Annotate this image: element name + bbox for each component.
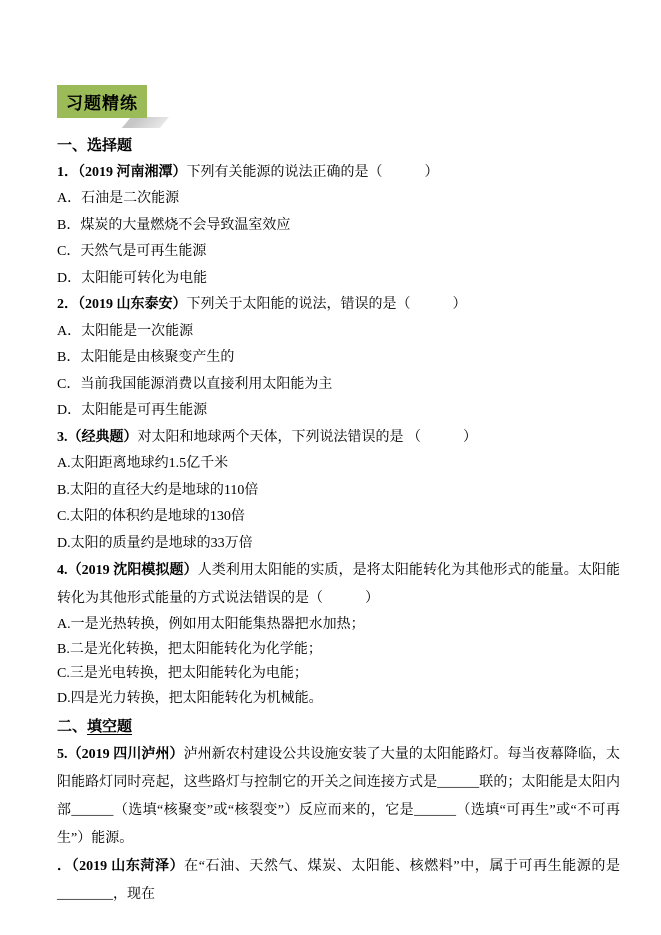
worksheet-page: 习题精练 一、选择题 1．（2019 河南湘潭）下列有关能源的说法正确的是（ ）… <box>0 0 661 935</box>
question-4-option-c: C.三是光电转换，把太阳能转化为电能； <box>57 662 620 687</box>
section-fill-title-prefix: 二、 <box>57 719 87 735</box>
worksheet-content: 一、选择题 1．（2019 河南湘潭）下列有关能源的说法正确的是（ ） A．石油… <box>57 133 620 909</box>
question-3-source-tag: 3.（经典题） <box>57 430 138 445</box>
question-4-source-tag: 4.（2019 沈阳模拟题） <box>57 563 198 578</box>
question-6-source-tag: ．（2019 山东菏泽） <box>57 859 184 874</box>
question-5: 5.（2019 四川泸州）泸州新农村建设公共设施安装了大量的太阳能路灯。每当夜幕… <box>57 741 620 853</box>
question-6: ．（2019 山东菏泽）在“石油、天然气、煤炭、太阳能、核燃料”中，属于可再生能… <box>57 853 620 909</box>
question-1-source-tag: 1．（2019 河南湘潭） <box>57 165 187 180</box>
question-3-text: 对太阳和地球两个天体，下列说法错误的是 （ ） <box>138 430 478 445</box>
question-3-option-d: D.太阳的质量约是地球的33万倍 <box>57 531 620 558</box>
question-2-text: 下列关于太阳能的说法，错误的是（ ） <box>187 297 467 312</box>
question-2-option-b: B．太阳能是由核聚变产生的 <box>57 345 620 372</box>
question-1-option-a: A．石油是二次能源 <box>57 186 620 213</box>
question-2-option-d: D．太阳能是可再生能源 <box>57 398 620 425</box>
question-3-option-a: A.太阳距离地球约1.5亿千米 <box>57 451 620 478</box>
question-2: 2．（2019 山东泰安）下列关于太阳能的说法，错误的是（ ） A．太阳能是一次… <box>57 292 620 425</box>
question-4-stem: 4.（2019 沈阳模拟题）人类利用太阳能的实质，是将太阳能转化为其他形式的能量… <box>57 557 620 613</box>
question-1-option-c: C．天然气是可再生能源 <box>57 239 620 266</box>
question-5-source-tag: 5.（2019 四川泸州） <box>57 747 184 762</box>
section-choice-title: 一、选择题 <box>57 133 620 160</box>
question-2-stem: 2．（2019 山东泰安）下列关于太阳能的说法，错误的是（ ） <box>57 292 620 319</box>
question-3-option-b: B.太阳的直径大约是地球的110倍 <box>57 478 620 505</box>
question-1-option-d: D．太阳能可转化为电能 <box>57 266 620 293</box>
question-1: 1．（2019 河南湘潭）下列有关能源的说法正确的是（ ） A．石油是二次能源 … <box>57 160 620 293</box>
question-4-option-b: B.二是光化转换，把太阳能转化为化学能； <box>57 638 620 663</box>
question-3-stem: 3.（经典题）对太阳和地球两个天体，下列说法错误的是 （ ） <box>57 425 620 452</box>
section-fill-title: 二、填空题 <box>57 714 620 741</box>
question-4-option-d: D.四是光力转换，把太阳能转化为机械能。 <box>57 687 620 712</box>
question-4: 4.（2019 沈阳模拟题）人类利用太阳能的实质，是将太阳能转化为其他形式的能量… <box>57 557 620 711</box>
exercise-practice-badge: 习题精练 <box>57 85 147 118</box>
question-1-stem: 1．（2019 河南湘潭）下列有关能源的说法正确的是（ ） <box>57 160 620 187</box>
question-3: 3.（经典题）对太阳和地球两个天体，下列说法错误的是 （ ） A.太阳距离地球约… <box>57 425 620 558</box>
question-1-text: 下列有关能源的说法正确的是（ ） <box>187 165 439 180</box>
question-2-option-a: A．太阳能是一次能源 <box>57 319 620 346</box>
question-6-stem: ．（2019 山东菏泽）在“石油、天然气、煤炭、太阳能、核燃料”中，属于可再生能… <box>57 853 620 909</box>
question-5-stem: 5.（2019 四川泸州）泸州新农村建设公共设施安装了大量的太阳能路灯。每当夜幕… <box>57 741 620 853</box>
question-2-option-c: C．当前我国能源消费以直接利用太阳能为主 <box>57 372 620 399</box>
section-choice-title-main: 选择题 <box>87 138 132 154</box>
question-2-source-tag: 2．（2019 山东泰安） <box>57 297 187 312</box>
badge-label: 习题精练 <box>66 89 138 114</box>
section-fill-title-main: 填空题 <box>87 719 132 735</box>
question-1-option-b: B．煤炭的大量燃烧不会导致温室效应 <box>57 213 620 240</box>
question-3-option-c: C.太阳的体积约是地球的130倍 <box>57 504 620 531</box>
section-choice-title-prefix: 一、 <box>57 138 87 154</box>
question-4-option-a: A.一是光热转换，例如用太阳能集热器把水加热； <box>57 613 620 638</box>
badge-shadow-decoration <box>122 117 169 128</box>
